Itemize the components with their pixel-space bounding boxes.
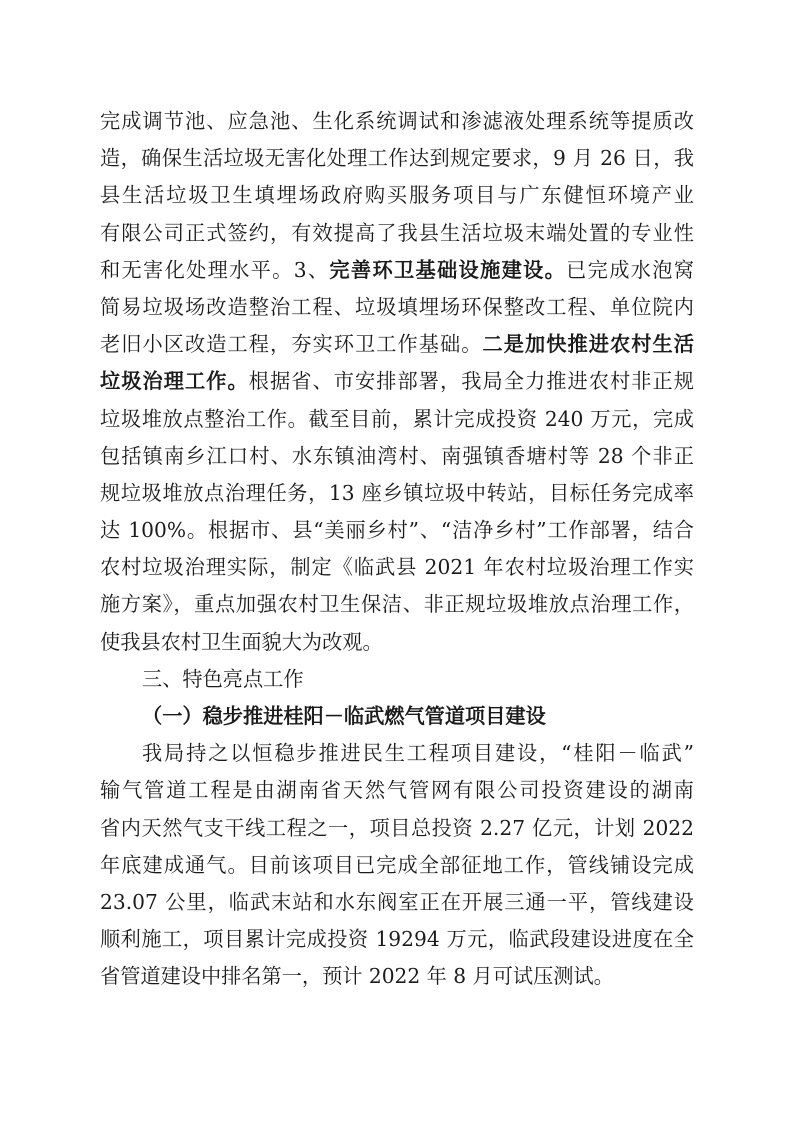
text-line: 垃圾堆放点整治工作。截至目前，累计完成投资 240 万元，完成 xyxy=(100,401,694,438)
text-line: 完成调节池、应急池、生化系统调试和渗滤液处理系统等提质改 xyxy=(100,103,694,140)
text-line: 顺利施工，项目累计完成投资 19294 万元，临武段建设进度在全 xyxy=(100,921,694,958)
text-line: 年底建成通气。目前该项目已完成全部征地工作，管线铺设完成 xyxy=(100,847,694,884)
text-line: 老旧小区改造工程，夯实环卫工作基础。二是加快推进农村生活 xyxy=(100,326,694,363)
text-line: 使我县农村卫生面貌大为改观。 xyxy=(100,624,694,661)
text-line: 农村垃圾治理实际，制定《临武县 2021 年农村垃圾治理工作实 xyxy=(100,549,694,586)
bold-emphasis: 完善环卫基础设施建设。 xyxy=(329,258,566,282)
text-line: 省内天然气支干线工程之一，项目总投资 2.27 亿元，计划 2022 xyxy=(100,810,694,847)
text-line: 输气管道工程是由湖南省天然气管网有限公司投资建设的湖南 xyxy=(100,772,694,809)
text-line: 达 100%。根据市、县“美丽乡村”、“洁净乡村”工作部署，结合 xyxy=(100,512,694,549)
text-line: 施方案》，重点加强农村卫生保洁、非正规垃圾堆放点治理工作， xyxy=(100,586,694,623)
text-line: 包括镇南乡江口村、水东镇油湾村、南强镇香塘村等 28 个非正 xyxy=(100,438,694,475)
text-line: 造，确保生活垃圾无害化处理工作达到规定要求，9 月 26 日，我 xyxy=(100,140,694,177)
paragraph-gas-pipeline: 我局持之以恒稳步推进民生工程项目建设，“桂阳－临武” 输气管道工程是由湖南省天然… xyxy=(100,735,694,995)
text-line: 县生活垃圾卫生填埋场政府购买服务项目与广东健恒环境产业 xyxy=(100,177,694,214)
subsection-heading: （一）稳步推进桂阳－临武燃气管道项目建设 xyxy=(100,698,694,735)
text-line: 规垃圾堆放点治理任务，13 座乡镇垃圾中转站，目标任务完成率 xyxy=(100,475,694,512)
text-line: 垃圾治理工作。根据省、市安排部署，我局全力推进农村非正规 xyxy=(100,363,694,400)
text-line: 和无害化处理水平。3、完善环卫基础设施建设。已完成水泡窝 xyxy=(100,252,694,289)
text-run: 已完成水泡窝 xyxy=(566,258,694,282)
text-line: 我局持之以恒稳步推进民生工程项目建设，“桂阳－临武” xyxy=(100,735,694,772)
text-line: 简易垃圾场改造整治工程、垃圾填埋场环保整改工程、单位院内 xyxy=(100,289,694,326)
paragraph-sanitation: 完成调节池、应急池、生化系统调试和渗滤液处理系统等提质改 造，确保生活垃圾无害化… xyxy=(100,103,694,661)
document-body: 完成调节池、应急池、生化系统调试和渗滤液处理系统等提质改 造，确保生活垃圾无害化… xyxy=(100,103,694,996)
text-line: 省管道建设中排名第一，预计 2022 年 8 月可试压测试。 xyxy=(100,958,694,995)
text-run: 根据省、市安排部署，我局全力推进农村非正规 xyxy=(249,369,694,393)
text-run: 和无害化处理水平。3、 xyxy=(100,258,329,282)
bold-emphasis: 垃圾治理工作。 xyxy=(100,369,249,393)
text-run: 老旧小区改造工程，夯实环卫工作基础。 xyxy=(100,332,483,356)
section-heading: 三、特色亮点工作 xyxy=(100,661,694,698)
bold-emphasis: 二是加快推进农村生活 xyxy=(483,332,694,356)
text-line: 有限公司正式签约，有效提高了我县生活垃圾末端处置的专业性 xyxy=(100,215,694,252)
document-page: 完成调节池、应急池、生化系统调试和渗滤液处理系统等提质改 造，确保生活垃圾无害化… xyxy=(0,0,793,1122)
text-line: 23.07 公里，临武末站和水东阀室正在开展三通一平，管线建设 xyxy=(100,884,694,921)
